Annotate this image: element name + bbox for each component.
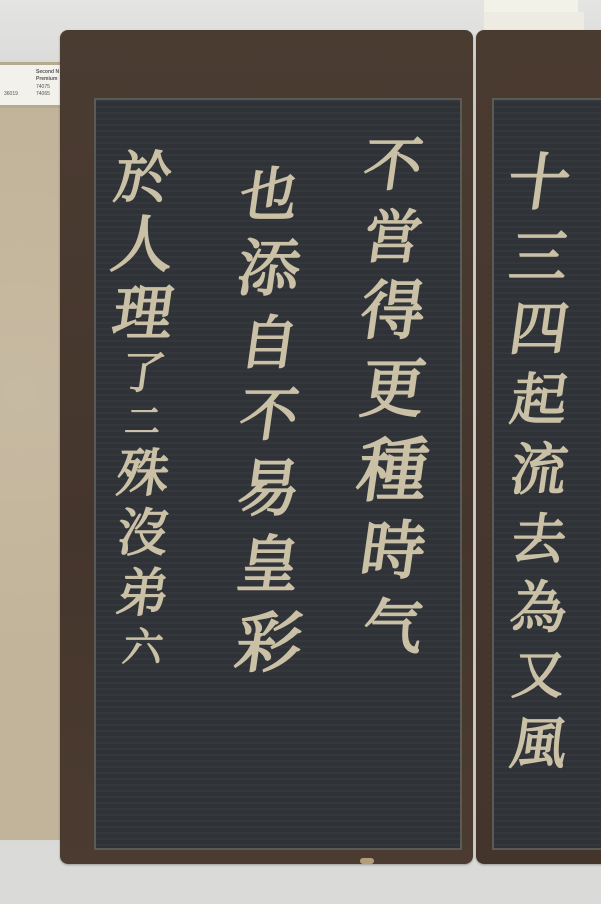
glyph: 皇	[234, 534, 305, 596]
glyph: 易	[234, 458, 305, 520]
glyph: 去	[508, 512, 570, 566]
calligraphy-column-left: 於 人 理 了 二 殊 沒 弟 六	[112, 150, 174, 668]
glyph: 沒	[113, 508, 172, 560]
glyph: 添	[234, 238, 305, 300]
glyph: 四	[506, 300, 572, 358]
glyph: 气	[359, 598, 427, 658]
calligraphy-column-partial: 十 三 四 起 流 去 為 又 風	[508, 152, 570, 772]
glyph: 殊	[113, 448, 172, 500]
glyph: 也	[236, 166, 302, 224]
glyph: 不	[360, 136, 426, 194]
label-line: Premium	[36, 76, 57, 82]
glyph: 人	[108, 214, 179, 276]
glyph: 流	[507, 442, 571, 498]
glyph: 得	[357, 280, 430, 344]
glyph: 不	[236, 386, 302, 444]
calligraphy-column-right: 不 営 得 更 種 時 气	[358, 136, 428, 658]
glyph: 風	[507, 716, 571, 772]
glyph: 弟	[113, 568, 172, 620]
album-leaf-next: 十 三 四 起 流 去 為 又 風	[476, 30, 601, 864]
glyph: 彩	[231, 610, 306, 676]
glyph: 自	[236, 314, 302, 372]
rubbing-panel: 不 営 得 更 種 時 气 也 添 自 不 易 皇 彩 於 人 理 了 二 殊 …	[94, 98, 462, 850]
paper-damage	[360, 858, 374, 864]
rubbing-panel: 十 三 四 起 流 去 為 又 風	[492, 98, 601, 850]
label-line: 36019	[4, 91, 18, 97]
glyph: 更	[357, 358, 430, 422]
glyph: 又	[509, 650, 568, 702]
glyph: 起	[507, 372, 571, 428]
glyph: 六	[120, 628, 166, 668]
glyph: 三	[506, 228, 572, 286]
glyph: 了	[118, 352, 168, 396]
glyph: 理	[109, 284, 177, 344]
album-leaf-main: 不 営 得 更 種 時 气 也 添 自 不 易 皇 彩 於 人 理 了 二 殊 …	[60, 30, 473, 864]
glyph: 為	[507, 580, 571, 636]
label-line: Second N	[36, 69, 59, 75]
glyph: 於	[111, 150, 175, 206]
label-line: 74065	[36, 91, 50, 97]
glyph: 時	[357, 520, 430, 584]
calligraphy-column-middle: 也 添 自 不 易 皇 彩	[236, 166, 302, 676]
glyph: 十	[504, 152, 575, 214]
paper-tag-shadow	[484, 12, 584, 32]
glyph: 二	[122, 404, 163, 440]
glyph: 営	[360, 208, 426, 266]
label-line: 74075	[36, 84, 50, 90]
glyph: 種	[353, 436, 433, 506]
